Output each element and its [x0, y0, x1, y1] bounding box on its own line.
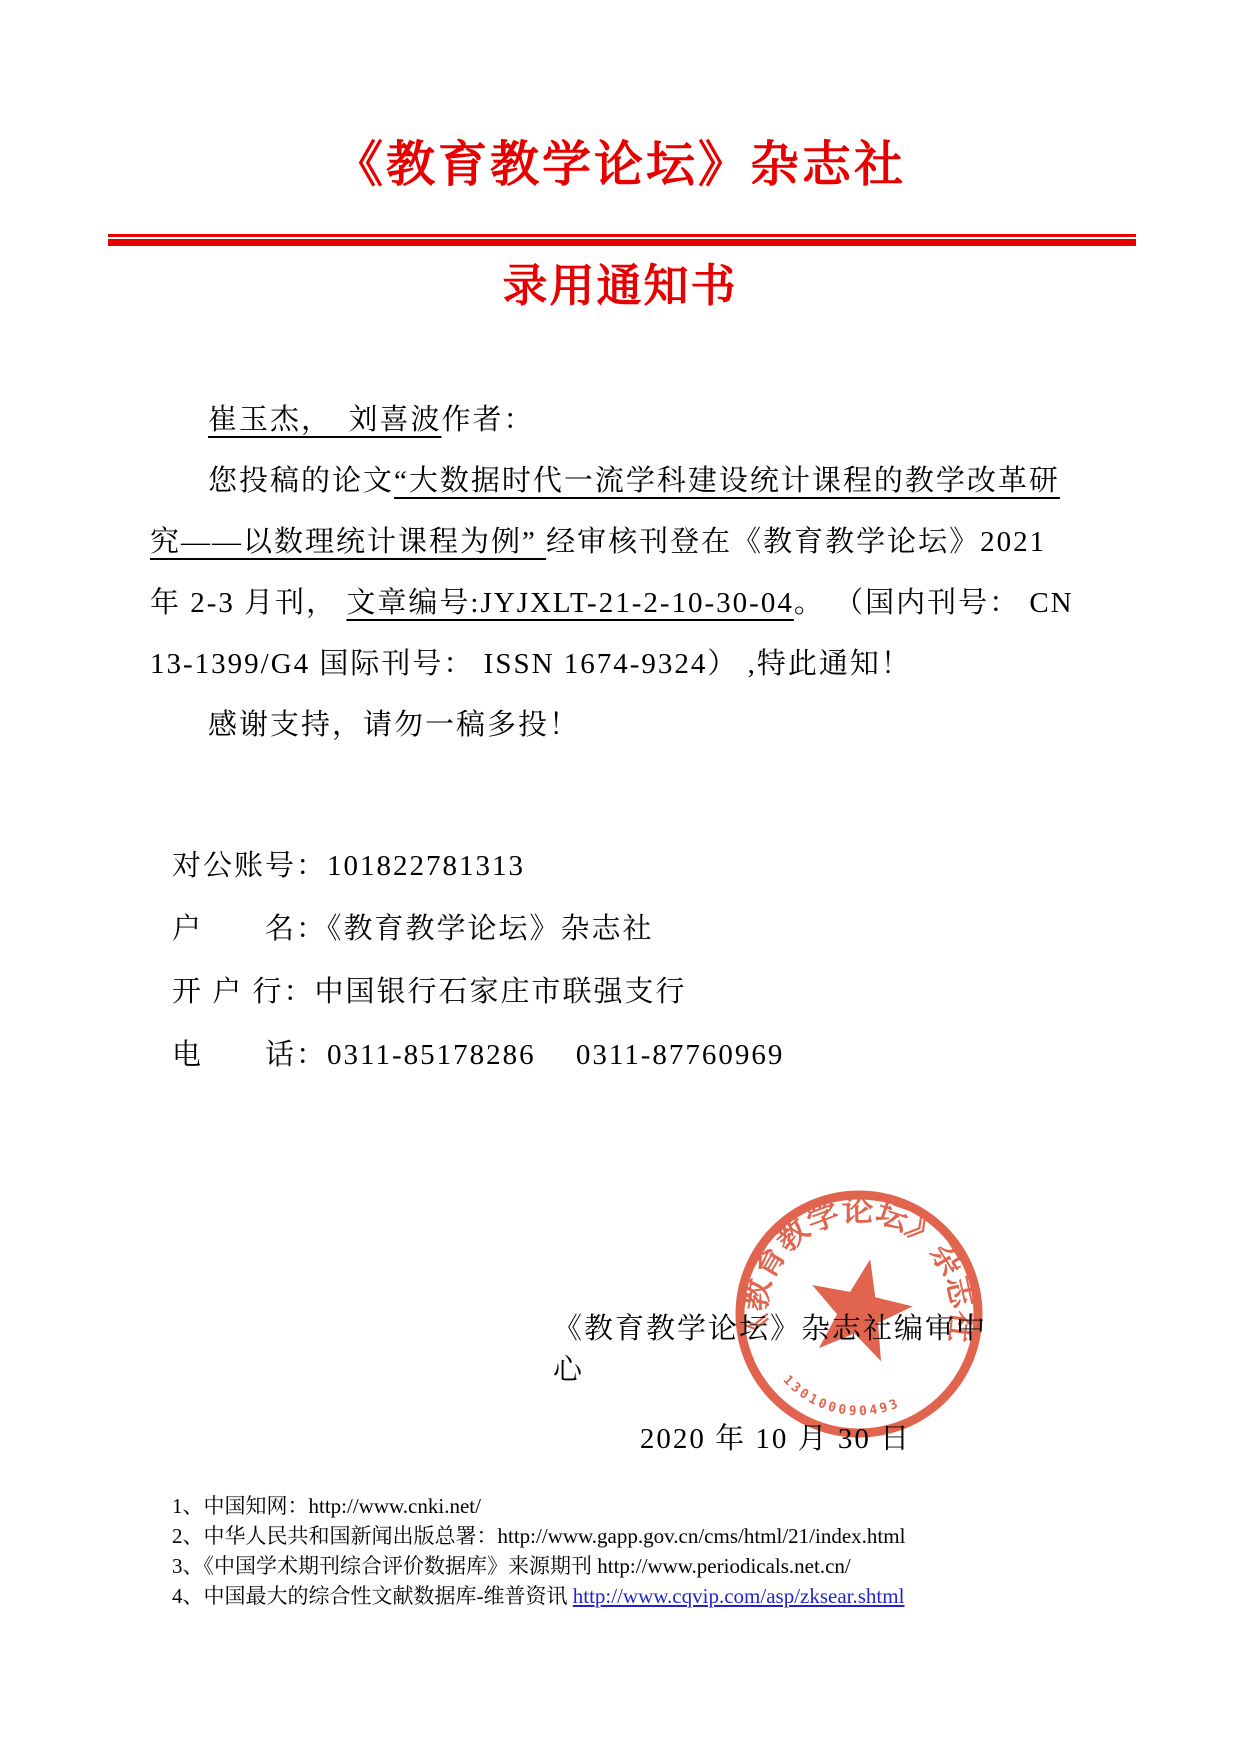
account-value: 中国银行石家庄市联强支行 — [315, 976, 687, 1008]
signature-date: 2020 年 10 月 30 日 — [553, 1416, 998, 1457]
signature-org: 《教育教学论坛》杂志社编审中心 — [553, 1306, 998, 1388]
doc-title: 录用通知书 — [0, 249, 1240, 314]
footer-item: 1、中国知网：http://www.cnki.net/ — [172, 1491, 905, 1521]
underlined-text: 文章编号:JYJXLT-21-2-10-30-04 — [346, 587, 793, 619]
body-line: 感谢支持，请勿一稿多投！ — [150, 695, 1100, 756]
footer-url-text: http://www.cnki.net/ — [309, 1494, 481, 1518]
title-divider — [108, 234, 1136, 246]
account-info: 对公账号：101822781313户 名：《教育教学论坛》杂志社开 户 行：中国… — [172, 835, 784, 1087]
footer-item: 3、《中国学术期刊综合评价数据库》来源期刊 http://www.periodi… — [172, 1551, 905, 1581]
body-text: 感谢支持，请勿一稿多投！ — [208, 709, 580, 741]
footer-url-text: http://www.periodicals.net.cn/ — [597, 1554, 851, 1578]
footer-url-text: http://www.gapp.gov.cn/cms/html/21/index… — [498, 1524, 906, 1548]
underlined-text: 崔玉杰， 刘喜波 — [208, 404, 442, 436]
acceptance-letter-page: 《教育教学论坛》杂志社 录用通知书 崔玉杰， 刘喜波作者：您投稿的论文“大数据时… — [0, 0, 1240, 1753]
footer-links: 1、中国知网：http://www.cnki.net/2、中华人民共和国新闻出版… — [172, 1491, 905, 1611]
account-value: 0311-85178286 0311-87760969 — [327, 1039, 784, 1071]
account-line: 对公账号：101822781313 — [172, 835, 784, 898]
body-text: 。 （国内刊号： CN — [794, 587, 1074, 619]
underlined-text: “大数据时代一流学科建设统计课程的教学改革研 — [394, 465, 1060, 497]
account-line: 开 户 行：中国银行石家庄市联强支行 — [172, 961, 784, 1024]
account-label: 开 户 行： — [172, 976, 315, 1008]
body-text: 您投稿的论文 — [208, 465, 394, 497]
underlined-text: 究——以数理统计课程为例” — [150, 526, 546, 558]
footer-item: 4、中国最大的综合性文献数据库-维普资讯 http://www.cqvip.co… — [172, 1581, 905, 1611]
footer-item-label: 1、中国知网： — [172, 1494, 309, 1518]
page-title: 《教育教学论坛》杂志社 — [0, 126, 1240, 196]
footer-item-label: 2、中华人民共和国新闻出版总署： — [172, 1524, 498, 1548]
footer-item-label: 3、《中国学术期刊综合评价数据库》来源期刊 — [172, 1554, 597, 1578]
body-text: 13-1399/G4 国际刊号： ISSN 1674-9324） ,特此通知！ — [150, 648, 912, 680]
account-line: 电 话：0311-85178286 0311-87760969 — [172, 1024, 784, 1087]
body-text: 经审核刊登在《教育教学论坛》2021 — [546, 526, 1046, 558]
account-line: 户 名：《教育教学论坛》杂志社 — [172, 898, 784, 961]
footer-item: 2、中华人民共和国新闻出版总署：http://www.gapp.gov.cn/c… — [172, 1521, 905, 1551]
letter-body: 崔玉杰， 刘喜波作者：您投稿的论文“大数据时代一流学科建设统计课程的教学改革研究… — [150, 390, 1100, 756]
account-value: 《教育教学论坛》杂志社 — [327, 913, 654, 945]
body-line: 究——以数理统计课程为例” 经审核刊登在《教育教学论坛》2021 — [150, 512, 1100, 573]
body-line: 年 2-3 月刊， 文章编号:JYJXLT-21-2-10-30-04。 （国内… — [150, 573, 1100, 634]
account-label: 对公账号： — [172, 850, 327, 882]
body-line: 13-1399/G4 国际刊号： ISSN 1674-9324） ,特此通知！ — [150, 634, 1100, 695]
body-text: 年 2-3 月刊， — [150, 587, 346, 619]
signature-block: 《教育教学论坛》杂志社编审中心 2020 年 10 月 30 日 — [553, 1306, 998, 1457]
divider-thick-line — [108, 239, 1136, 246]
account-label: 电 话： — [172, 1039, 327, 1071]
account-value: 101822781313 — [327, 850, 525, 882]
body-line: 崔玉杰， 刘喜波作者： — [150, 390, 1100, 451]
body-line: 您投稿的论文“大数据时代一流学科建设统计课程的教学改革研 — [150, 451, 1100, 512]
body-text: 作者： — [442, 404, 535, 436]
account-label: 户 名： — [172, 913, 327, 945]
footer-hyperlink[interactable]: http://www.cqvip.com/asp/zksear.shtml — [573, 1584, 905, 1608]
footer-item-label: 4、中国最大的综合性文献数据库-维普资讯 — [172, 1584, 573, 1608]
